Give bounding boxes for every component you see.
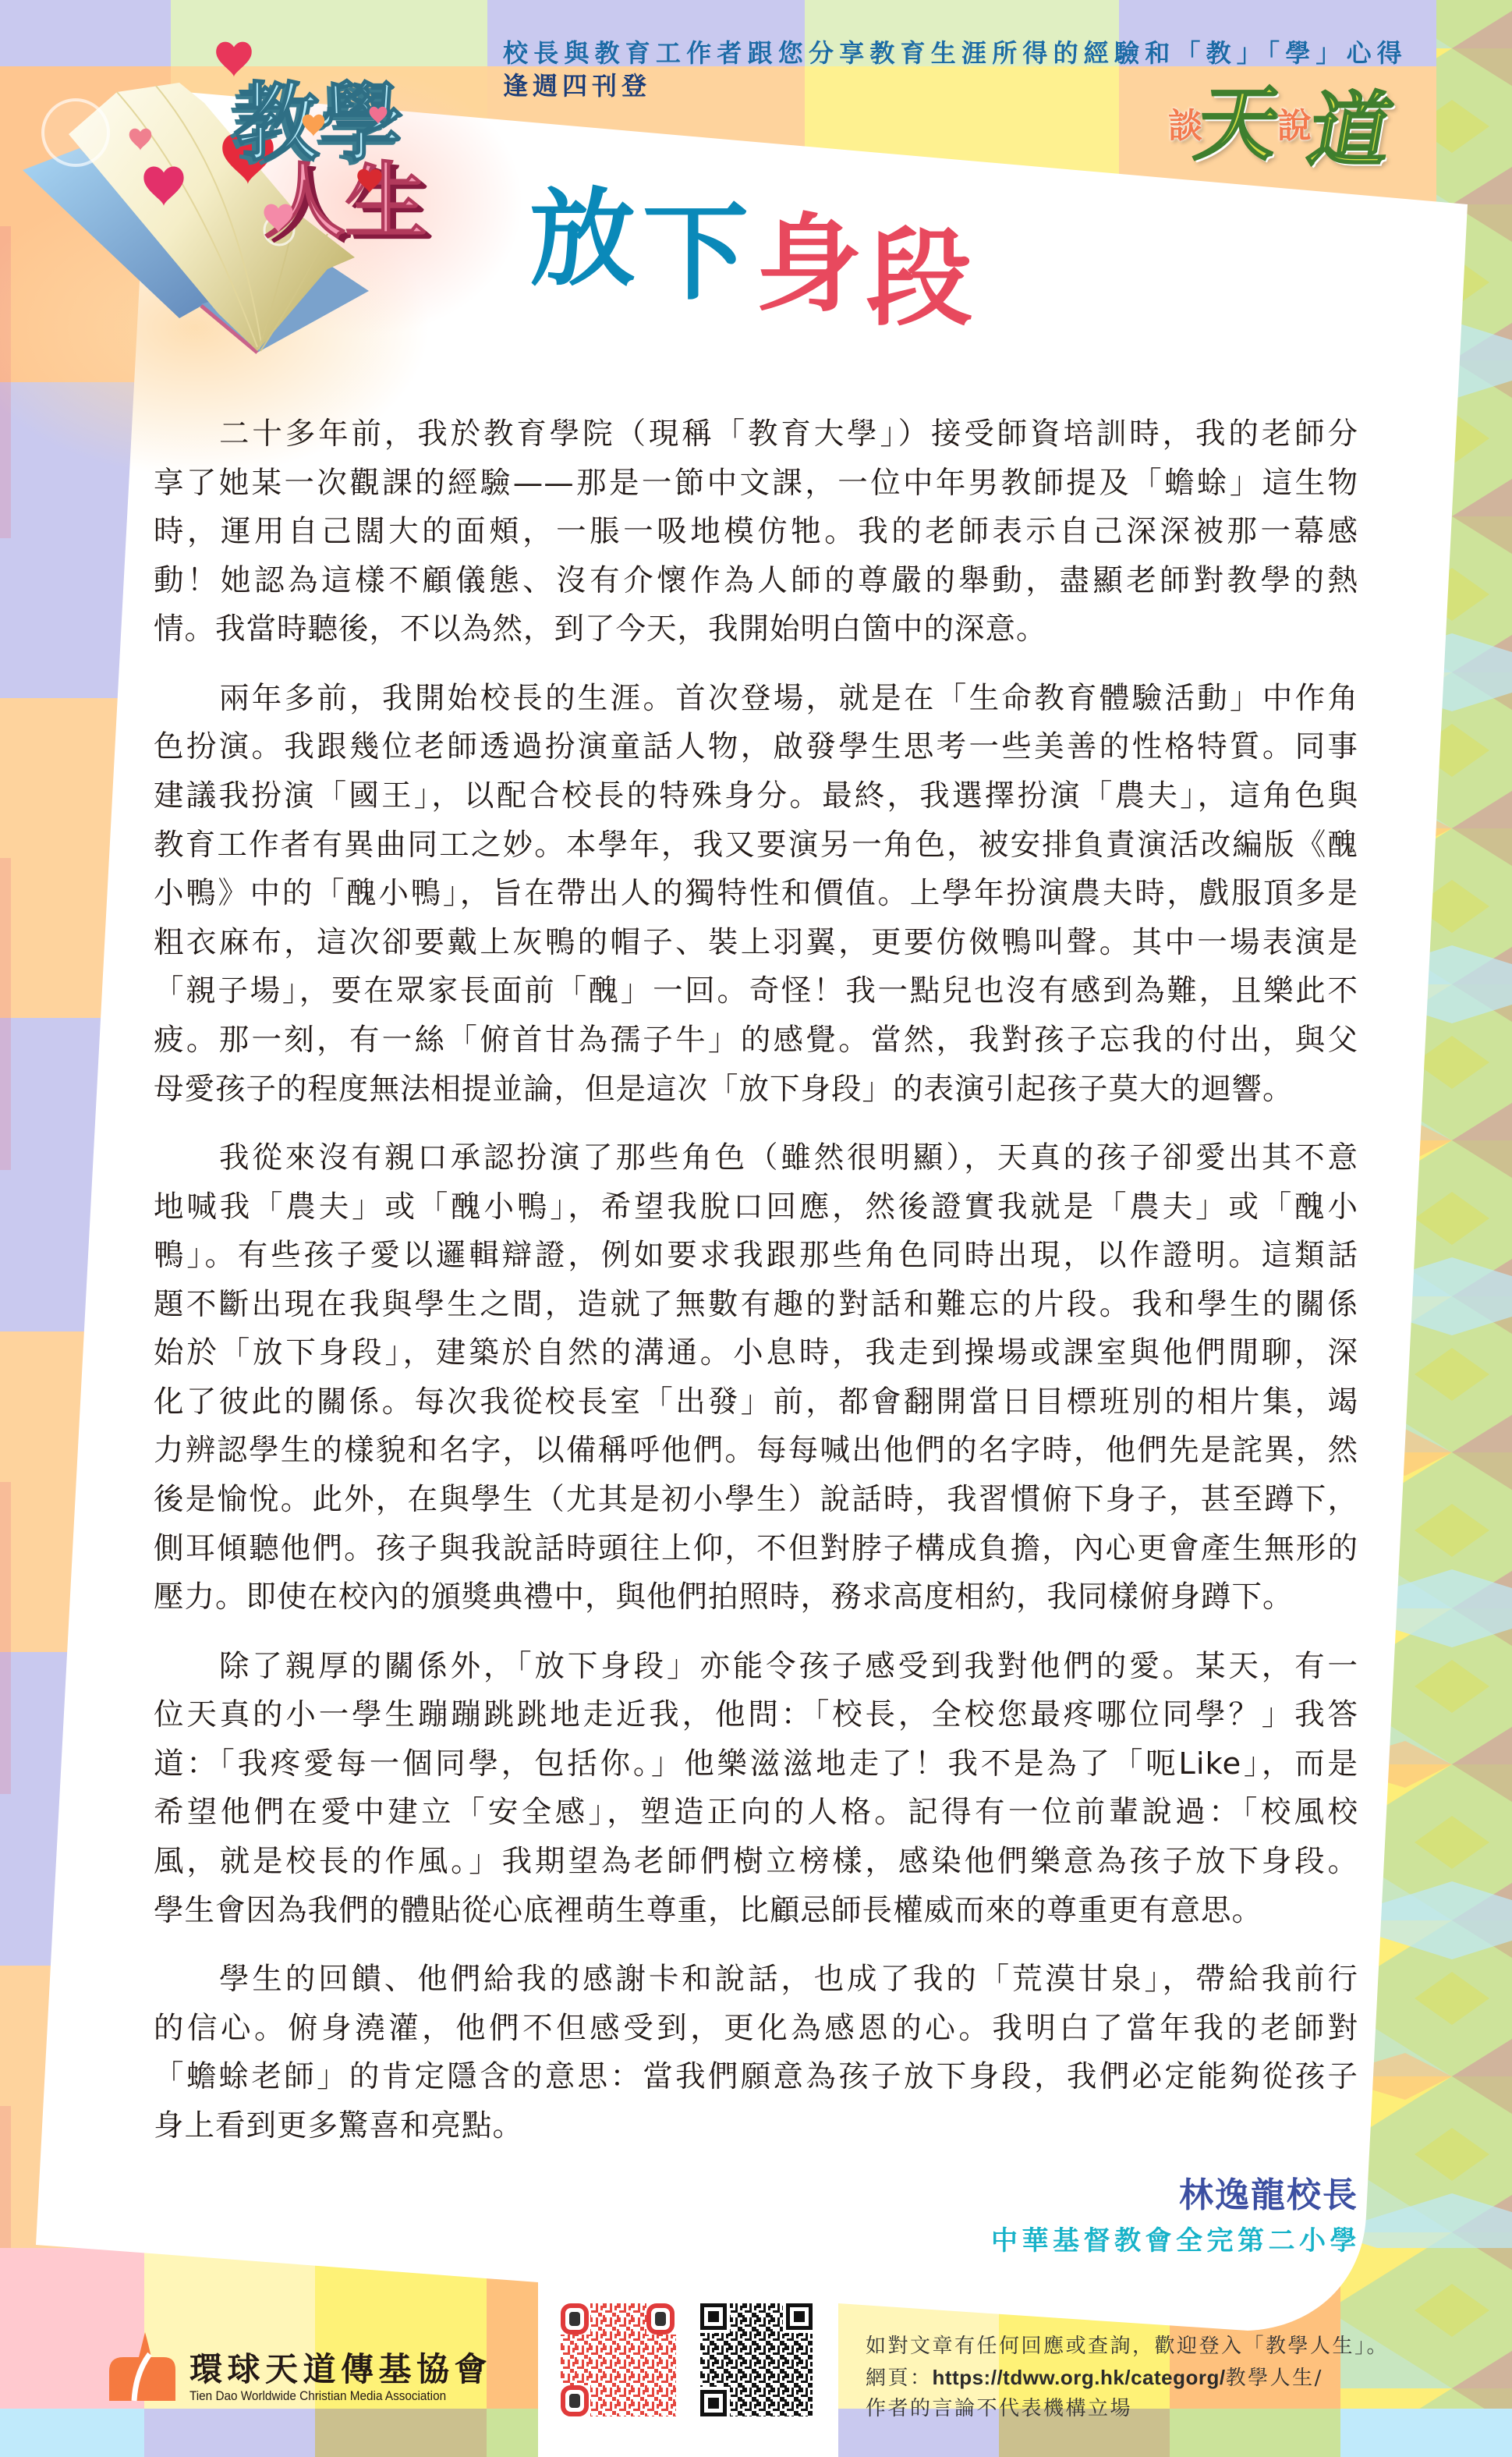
text-line: 學生會因為我們的體貼從心底裡萌生尊重，比顧忌師長權威而來的尊重更有意思。 [154,1887,1358,1936]
website-label: 網頁： [866,2367,933,2390]
text-line: 風，就是校長的作風。」我期望為老師們樹立榜樣，感染他們樂意為孩子放下身段。 [154,1838,1358,1887]
column-logo-char: 道 [1302,87,1398,173]
author-school: 中華基督教會全完第二小學 [991,2225,1361,2257]
text-line: 始於「放下身段」，建築於自然的溝通。小息時，我走到操場或課室與他們閒聊，深 [154,1329,1358,1378]
text-line: 疲。那一刻，有一絲「俯首甘為孺子牛」的感覺。當然，我對孩子忘我的付出，與父 [154,1016,1358,1065]
text-line: 建議我扮演「國王」，以配合校長的特殊身分。最終，我選擇扮演「農夫」，這角色與 [154,772,1358,821]
text-line: 希望他們在愛中建立「安全感」，塑造正向的人格。記得有一位前輩說過：「校風校 [154,1789,1358,1838]
text-line: 兩年多前，我開始校長的生涯。首次登場，就是在「生命教育體驗活動」中作角 [154,675,1358,724]
publish-schedule: 逢週四刊登 [503,70,651,101]
text-line: 鴨」。有些孩子愛以邏輯辯證，例如要求我跟那些角色同時出現，以作證明。這類話 [154,1232,1358,1281]
text-line: 除了親厚的關係外，「放下身段」亦能令孩子感受到我對他們的愛。某天，有一 [154,1643,1358,1692]
tdww-logo-icon [101,2324,183,2406]
disclaimer: 作者的言論不代表機構立場 [866,2394,1389,2425]
text-line: 時，運用自己闊大的面頰，一脹一吸地模仿牠。我的老師表示自己深深被那一幕感 [154,508,1358,557]
text-line: 道：「我疼愛每一個同學，包括你。」他樂滋滋地走了！我不是為了「呃Like」，而是 [154,1740,1358,1789]
text-line: 壓力。即使在校內的頒獎典禮中，與他們拍照時，務求高度相約，我同樣俯身蹲下。 [154,1573,1358,1622]
text-line: 小鴨》中的「醜小鴨」，旨在帶出人的獨特性和價值。上學年扮演農夫時，戲服頂多是 [154,870,1358,919]
column-logo-char: 天 [1190,81,1286,167]
series-logo-line2: 人生 [264,154,426,250]
website-suffix: 教學人生/ [1226,2367,1323,2390]
response-note: 如對文章有任何回應或查詢，歡迎登入「教學人生」。 [866,2331,1389,2363]
text-line: 後是愉悅。此外，在與學生（尤其是初小學生）說話時，我習慣俯下身子，甚至蹲下， [154,1476,1358,1525]
text-line: 教育工作者有異曲同工之妙。本學年，我又要演另一角色，被安排負責演活改編版《醜 [154,821,1358,870]
article-paragraph: 二十多年前，我於教育學院（現稱「教育大學」）接受師資培訓時，我的老師分 享了她某… [154,410,1358,654]
text-line: 力辨認學生的樣貌和名字，以備稱呼他們。每每喊出他們的名字時，他們先是詫異，然 [154,1427,1358,1476]
qr-code-icon [561,2303,676,2416]
text-line: 二十多年前，我於教育學院（現稱「教育大學」）接受師資培訓時，我的老師分 [154,410,1358,459]
author-name: 林逸龍校長 [1179,2176,1358,2215]
text-line: 地喊我「農夫」或「醜小鴨」，希望我脫口回應，然後證實我就是「農夫」或「醜小 [154,1183,1358,1232]
text-line: 粗衣麻布，這次卻要戴上灰鴨的帽子、裝上羽翼，更要仿傚鴨叫聲。其中一場表演是 [154,919,1358,968]
article-paragraph: 學生的回饋、他們給我的感謝卡和說話，也成了我的「荒漠甘泉」，帶給我前行 的信心。… [154,1955,1358,2150]
header-subtitle: 校長與教育工作者跟您分享教育生涯所得的經驗和「教」「學」心得 [503,37,1408,69]
text-line: 情。我當時聽後，不以為然，到了今天，我開始明白箇中的深意。 [154,605,1358,654]
text-line: 側耳傾聽他們。孩子與我說話時頭往上仰，不但對脖子構成負擔，內心更會產生無形的 [154,1525,1358,1574]
text-line: 「蟾蜍老師」的肯定隱含的意思：當我們願意為孩子放下身段，我們必定能夠從孩子 [154,2053,1358,2102]
text-line: 化了彼此的關係。每次我從校長室「出發」前，都會翻開當日目標班別的相片集，竭 [154,1378,1358,1427]
footer-notes: 如對文章有任何回應或查詢，歡迎登入「教學人生」。 網頁：https://tdww… [866,2331,1389,2425]
title-char: 身 [756,212,862,318]
text-line: 位天真的小一學生蹦蹦跳跳地走近我，他問：「校長，全校您最疼哪位同學？」我答 [154,1691,1358,1740]
organization-name-zh: 環球天道傳基協會 [189,2352,492,2388]
article-paragraph: 兩年多前，我開始校長的生涯。首次登場，就是在「生命教育體驗活動」中作角 色扮演。… [154,675,1358,1114]
column-logo-char: 說 [1277,107,1312,146]
qr-code-icon [700,2303,813,2416]
title-char: 放 [529,186,636,292]
series-logo: 教學 教學 人生 人生 [0,0,483,406]
title-char: 下 [643,200,749,307]
text-line: 色扮演。我跟幾位老師透過扮演童話人物，啟發學生思考一些美善的性格特質。同事 [154,723,1358,772]
website-link[interactable]: https://tdww.org.hk/categorg/ [933,2366,1226,2389]
article-body: 二十多年前，我於教育學院（現稱「教育大學」）接受師資培訓時，我的老師分 享了她某… [154,410,1358,2171]
website-line: 網頁：https://tdww.org.hk/categorg/教學人生/ [866,2363,1389,2395]
text-line: 母愛孩子的程度無法相提並論，但是這次「放下身段」的表演引起孩子莫大的迴響。 [154,1065,1358,1115]
text-line: 身上看到更多驚喜和亮點。 [154,2102,1358,2151]
article-paragraph: 除了親厚的關係外，「放下身段」亦能令孩子感受到我對他們的愛。某天，有一 位天真的… [154,1643,1358,1936]
text-line: 我從來沒有親口承認扮演了那些角色（雖然很明顯），天真的孩子卻愛出其不意 [154,1134,1358,1183]
organization-name-en: Tien Dao Worldwide Christian Media Assoc… [189,2388,446,2405]
text-line: 學生的回饋、他們給我的感謝卡和說話，也成了我的「荒漠甘泉」，帶給我前行 [154,1955,1358,2005]
article-paragraph: 我從來沒有親口承認扮演了那些角色（雖然很明顯），天真的孩子卻愛出其不意 地喊我「… [154,1134,1358,1622]
text-line: 享了她某一次觀課的經驗——那是一節中文課，一位中年男教師提及「蟾蜍」這生物 [154,459,1358,509]
text-line: 「親子場」，要在眾家長面前「醜」一回。奇怪！我一點兒也沒有感到為難，且樂此不 [154,967,1358,1016]
text-line: 的信心。俯身澆灌，他們不但感受到，更化為感恩的心。我明白了當年我的老師對 [154,2005,1358,2054]
text-line: 題不斷出現在我與學生之間，造就了無數有趣的對話和難忘的片段。我和學生的關係 [154,1281,1358,1330]
title-char: 段 [866,226,972,332]
heart-icon [216,42,252,77]
text-line: 動！她認為這樣不顧儀態、沒有介懷作為人師的尊嚴的舉動，盡顯老師對教學的熱 [154,557,1358,606]
